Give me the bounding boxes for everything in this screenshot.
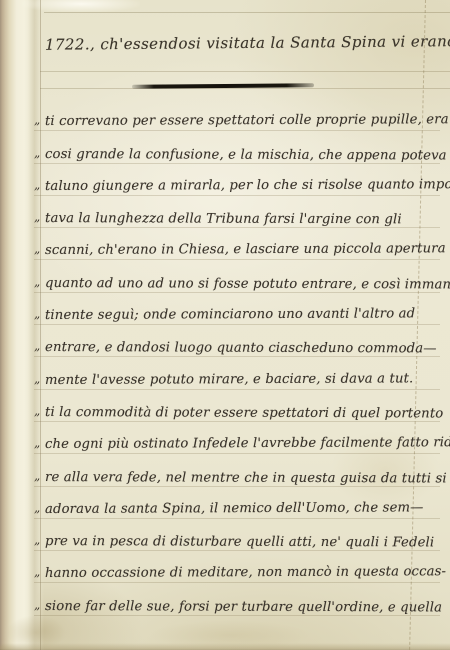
quote-mark: „: [34, 533, 45, 547]
line-text: mente l'avesse potuto mirare, e baciare,…: [45, 371, 413, 388]
manuscript-line: „taluno giungere a mirarla, per lo che s…: [34, 168, 440, 200]
manuscript-line: „hanno occassione di meditare, non mancò…: [34, 555, 440, 587]
line-text: re alla vera fede, nel mentre che in que…: [45, 470, 447, 486]
manuscript-line: „cosi grande la confusione, e la mischia…: [34, 135, 440, 167]
manuscript-line: „scanni, ch'erano in Chiesa, e lasciare …: [34, 232, 440, 264]
manuscript-line: „re alla vera fede, nel mentre che in qu…: [34, 458, 440, 490]
line-text: ti la commodità di poter essere spettato…: [45, 405, 443, 421]
manuscript-line: „tava la lunghezza della Tribuna farsi l…: [34, 200, 440, 232]
line-text: scanni, ch'erano in Chiesa, e lasciare u…: [45, 242, 446, 259]
line-text: pre va in pesca di disturbare quelli att…: [45, 534, 434, 550]
quote-mark: „: [34, 404, 45, 418]
ruled-line-top: [44, 12, 450, 13]
quote-mark: „: [34, 469, 45, 483]
quote-mark: „: [34, 146, 45, 160]
manuscript-line: „ti la commodità di poter essere spettat…: [34, 394, 440, 426]
quote-mark: „: [34, 113, 45, 127]
manuscript-line: „entrare, e dandosi luogo quanto ciasche…: [34, 329, 440, 361]
quote-mark: „: [34, 339, 45, 353]
line-text: quanto ad uno ad uno si fosse potuto ent…: [45, 276, 450, 292]
manuscript-line: „adorava la santa Spina, il nemico dell'…: [34, 491, 440, 523]
manuscript-body: „ti correvano per essere spettatori coll…: [34, 103, 440, 620]
manuscript-line: „quanto ad uno ad uno si fosse potuto en…: [34, 264, 440, 296]
manuscript-line: „ti correvano per essere spettatori coll…: [34, 103, 440, 135]
manuscript-page: 1722., ch'essendosi visitata la Santa Sp…: [0, 0, 450, 650]
quote-mark: „: [34, 372, 45, 386]
ruled-line-under-heading: [40, 71, 450, 72]
bottom-page-edge: [0, 643, 450, 650]
line-text: ti correvano per essere spettatori colle…: [45, 113, 449, 130]
line-text: taluno giungere a mirarla, per lo che si…: [45, 177, 450, 194]
quote-mark: „: [34, 242, 45, 256]
quote-mark: „: [34, 501, 45, 515]
line-text: che ogni più ostinato Infedele l'avrebbe…: [45, 435, 450, 452]
quote-mark: „: [34, 598, 45, 612]
line-text: entrare, e dandosi luogo quanto ciasched…: [45, 340, 437, 356]
quote-mark: „: [34, 178, 45, 192]
line-text: cosi grande la confusione, e la mischia,…: [45, 147, 447, 163]
manuscript-line: „che ogni più ostinato Infedele l'avrebb…: [34, 426, 440, 458]
manuscript-line: „sione far delle sue, forsi per turbare …: [34, 587, 440, 619]
line-text: hanno occassione di meditare, non mancò …: [45, 565, 446, 582]
ruled-line-mid: [40, 88, 450, 89]
manuscript-line: „pre va in pesca di disturbare quelli at…: [34, 523, 440, 555]
quote-mark: „: [34, 210, 45, 224]
quote-mark: „: [34, 565, 45, 579]
line-text: sione far delle sue, forsi per turbare q…: [45, 599, 442, 615]
manuscript-line: „tinente seguì; onde cominciarono uno av…: [34, 297, 440, 329]
line-text: tava la lunghezza della Tribuna farsi l'…: [45, 211, 402, 227]
page-heading: 1722., ch'essendosi visitata la Santa Sp…: [45, 32, 435, 53]
quote-mark: „: [34, 307, 45, 321]
quote-mark: „: [34, 436, 45, 450]
line-text: adorava la santa Spina, il nemico dell'U…: [45, 500, 424, 517]
line-text: tinente seguì; onde cominciarono uno ava…: [45, 306, 415, 323]
quote-mark: „: [34, 275, 45, 289]
manuscript-line: „mente l'avesse potuto mirare, e baciare…: [34, 361, 440, 393]
